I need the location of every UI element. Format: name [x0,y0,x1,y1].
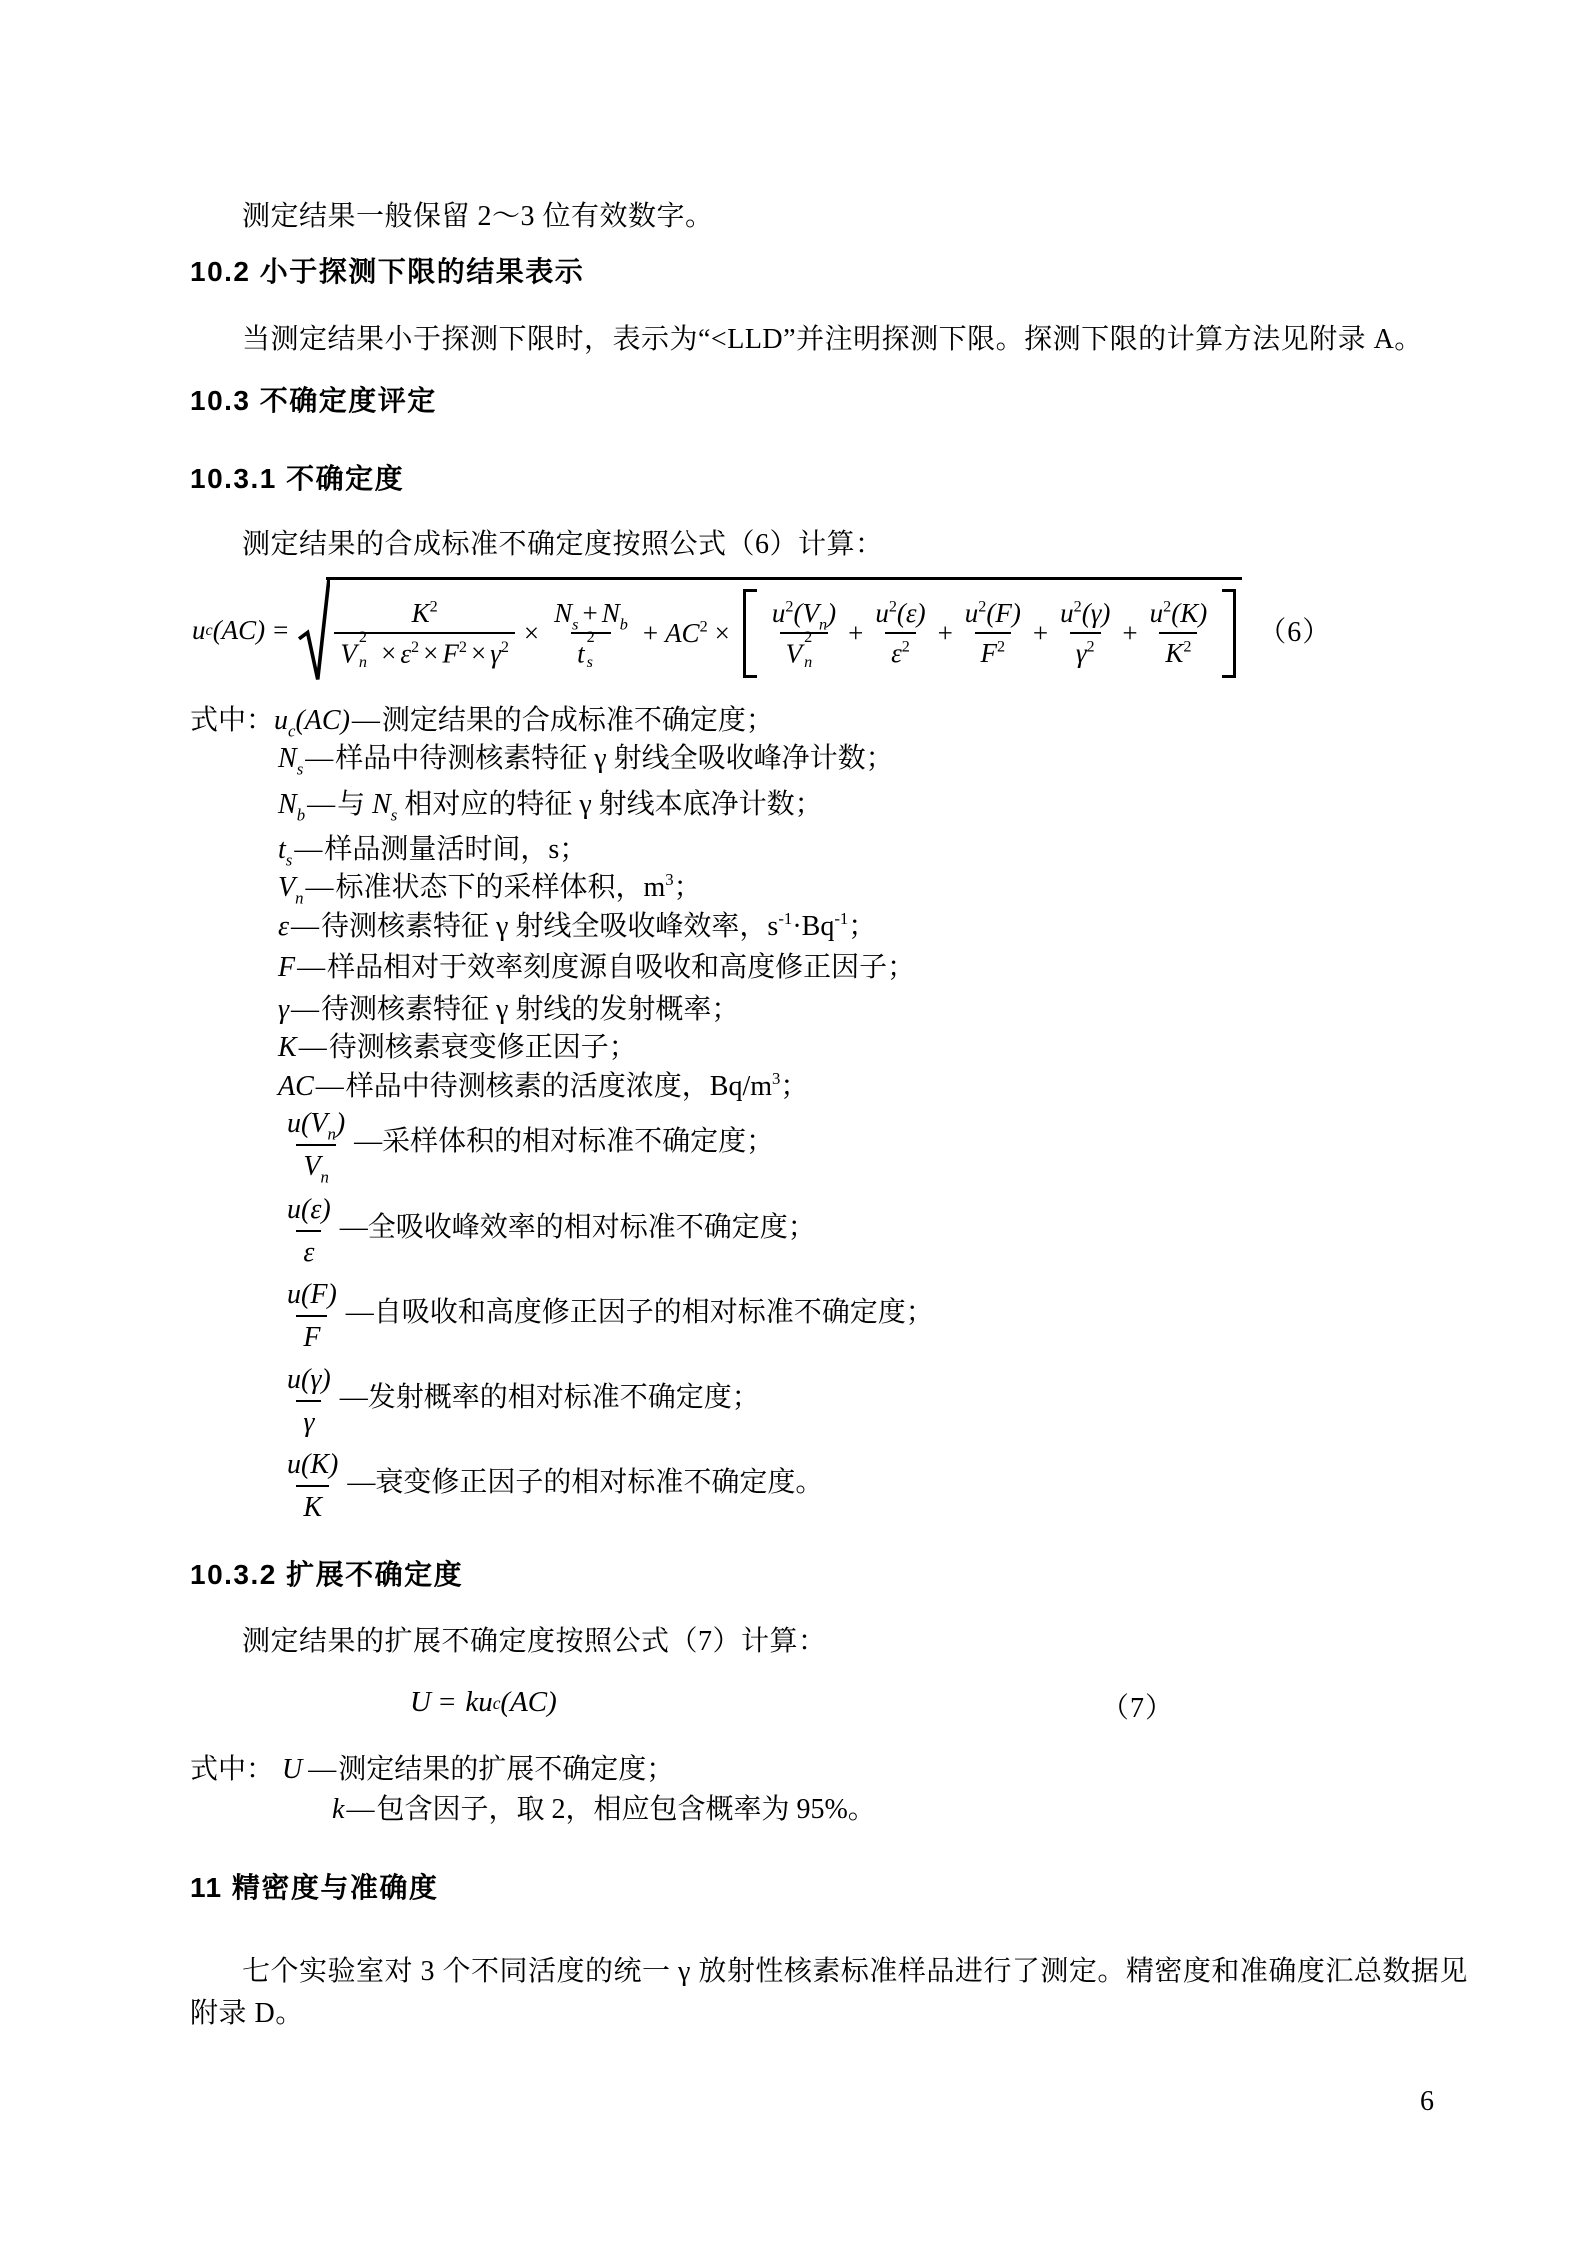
def-coverage-factor: k—包含因子，取 2，相应包含概率为 95%。 [332,1792,876,1828]
paragraph-lead-formula7: 测定结果的扩展不确定度按照公式（7）计算： [190,1622,827,1663]
fraction-u-f: u(F) F [280,1279,344,1354]
def-rel-eps: u(ε) ε —全吸收峰效率的相对标准不确定度； [278,1194,816,1269]
heading-10-3-1: 10.3.1 不确定度 [190,462,404,496]
fraction-u-gamma: u(γ) γ [280,1364,338,1439]
heading-10-3: 10.3 不确定度评定 [190,384,437,418]
equation7-body: U=kuc(AC) [410,1686,557,1719]
def-ac: AC—样品中待测核素的活度浓度，Bq/m3； [278,1069,808,1105]
heading-11: 11 精密度与准确度 [190,1871,438,1905]
right-bracket [1222,589,1236,678]
def-eps: ε—待测核素特征 γ 射线全吸收峰效率，s-1·Bq-1； [278,909,876,945]
rel-term-f: u2(F) F2 [959,598,1027,669]
left-bracket [743,589,757,678]
definition-text: —全吸收峰效率的相对标准不确定度； [340,1205,816,1245]
def-nb: Nb—与 Ns 相对应的特征 γ 射线本底净计数； [278,787,823,823]
def-rel-gamma: u(γ) γ —发射概率的相对标准不确定度； [278,1364,760,1439]
equation-number-6: （6） [1258,610,1331,650]
paragraph-precision-line1: 七个实验室对 3 个不同活度的统一 γ 放射性核素标准样品进行了测定。精密度和准… [190,1951,1440,1993]
rel-term-gamma: u2(γ) γ2 [1054,598,1116,669]
bracket-group: u2(Vn) V2n + u2(ε) ε2 + u2(F) F2 + [743,589,1236,678]
heading-10-3-2: 10.3.2 扩展不确定度 [190,1558,463,1592]
def-rel-f: u(F) F —自吸收和高度修正因子的相对标准不确定度； [278,1279,934,1354]
radicand: K2 V2n×ε2×F2×γ2 × Ns+Nb t2s + AC2 × u2(V… [326,577,1242,684]
fraction-u-k: u(K) K [280,1449,345,1524]
rel-term-eps: u2(ε) ε2 [869,598,931,669]
paragraph-lld: 当测定结果小于探测下限时，表示为“<LLD”并注明探测下限。探测下限的计算方法见… [190,320,1423,361]
equation-7: U=kuc(AC) （7） [410,1686,1210,1719]
page-number: 6 [1420,2086,1434,2118]
def-u-expanded: 式中：U—测定结果的扩展不确定度； [190,1752,674,1788]
plus-operator: + [643,618,658,649]
def-k: K—待测核素衰变修正因子； [278,1030,637,1066]
rel-term-vn: u2(Vn) V2n [766,598,842,669]
definition-text: —自吸收和高度修正因子的相对标准不确定度； [346,1290,934,1330]
equation-6: uc(AC)= K2 V2n×ε2×F2×γ2 × Ns+Nb t2s + AC… [192,577,1331,684]
definition-text: —发射概率的相对标准不确定度； [340,1375,760,1415]
document-page: 测定结果一般保留 2～3 位有效数字。 10.2 小于探测下限的结果表示 当测定… [0,0,1587,2245]
fraction-counts-term: Ns+Nb t2s [548,598,634,669]
fraction-decay-term: K2 V2n×ε2×F2×γ2 [334,598,515,669]
def-rel-k: u(K) K —衰变修正因子的相对标准不确定度。 [278,1449,823,1524]
def-rel-vn: u(Vn) Vn —采样体积的相对标准不确定度； [278,1108,774,1183]
ac-squared: AC2 [665,618,708,649]
def-ts: ts—样品测量活时间，s； [278,832,587,868]
definition-text: —衰变修正因子的相对标准不确定度。 [347,1460,823,1500]
rel-term-k: u2(K) K2 [1144,598,1214,669]
paragraph-precision: 七个实验室对 3 个不同活度的统一 γ 放射性核素标准样品进行了测定。精密度和准… [190,1951,1440,2035]
paragraph-significant-digits: 测定结果一般保留 2～3 位有效数字。 [190,197,714,238]
def-vn: Vn—标准状态下的采样体积，m3； [278,870,702,906]
heading-10-2: 10.2 小于探测下限的结果表示 [190,255,584,289]
def-uc-ac: 式中：uc(AC)—测定结果的合成标准不确定度； [190,703,774,739]
def-f: F—样品相对于效率刻度源自吸收和高度修正因子； [278,950,915,986]
definition-text: —采样体积的相对标准不确定度； [354,1119,774,1159]
def-gamma: γ—待测核素特征 γ 射线的发射概率； [278,992,739,1028]
equation6-lhs: uc(AC)= [192,615,298,646]
paragraph-lead-formula6: 测定结果的合成标准不确定度按照公式（6）计算： [190,525,884,566]
paragraph-precision-line2: 附录 D。 [190,1993,1440,2035]
fraction-u-vn: u(Vn) Vn [280,1108,352,1183]
times-operator: × [715,618,730,649]
times-operator: × [524,618,539,649]
square-root: K2 V2n×ε2×F2×γ2 × Ns+Nb t2s + AC2 × u2(V… [298,577,1242,684]
def-ns: Ns—样品中待测核素特征 γ 射线全吸收峰净计数； [278,741,894,777]
equation-number-7: （7） [1101,1686,1174,1726]
fraction-u-eps: u(ε) ε [280,1194,338,1269]
